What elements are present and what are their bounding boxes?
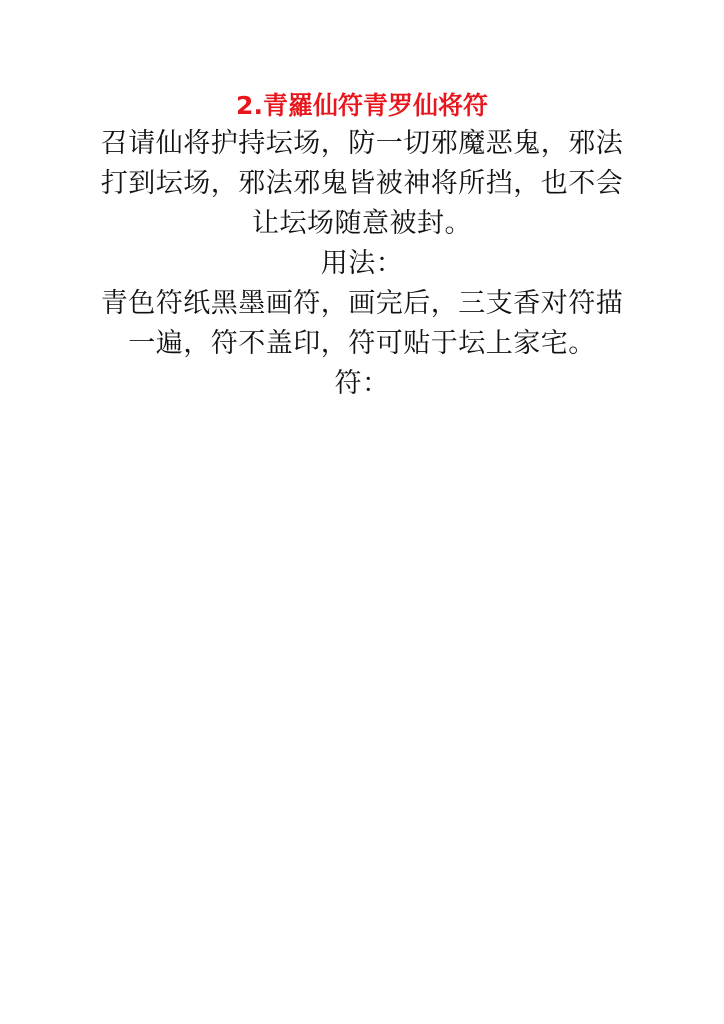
usage-line-1: 青色符纸黑墨画符，画完后，三支香对符描 (100, 284, 624, 324)
usage-heading: 用法： (100, 244, 624, 284)
usage-line-2: 一遍，符不盖印，符可贴于坛上家宅。 (100, 324, 624, 364)
description-line-2: 打到坛场，邪法邪鬼皆被神将所挡，也不会 (100, 164, 624, 204)
document-content: 2.青羅仙符青罗仙将符 召请仙将护持坛场，防一切邪魔恶鬼，邪法 打到坛场，邪法邪… (100, 88, 624, 404)
document-title: 2.青羅仙符青罗仙将符 (100, 88, 624, 124)
talisman-heading: 符： (100, 364, 624, 404)
description-line-3: 让坛场随意被封。 (100, 204, 624, 244)
description-line-1: 召请仙将护持坛场，防一切邪魔恶鬼，邪法 (100, 124, 624, 164)
document-page: 2.青羅仙符青罗仙将符 召请仙将护持坛场，防一切邪魔恶鬼，邪法 打到坛场，邪法邪… (0, 0, 724, 1024)
